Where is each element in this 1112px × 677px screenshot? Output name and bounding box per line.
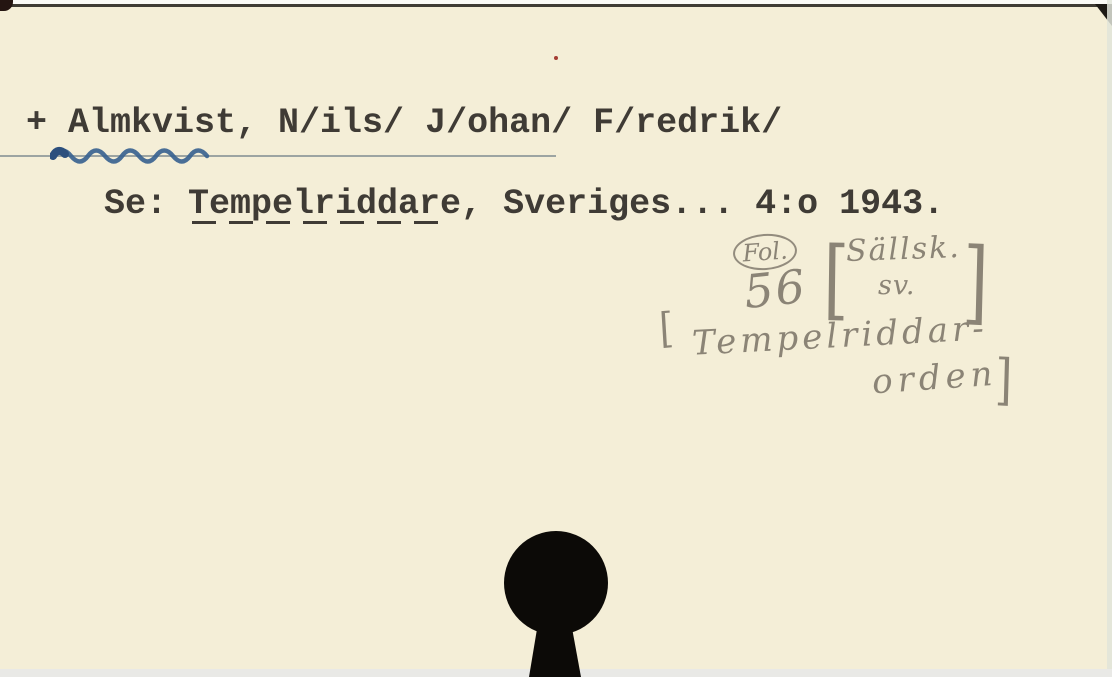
annotation-subject-line1: Tempelriddar-: [691, 308, 989, 363]
annotation-shelf-number: 56: [741, 259, 809, 319]
annotation-society-line2: sv.: [878, 270, 916, 301]
top-edge-line: [0, 4, 1112, 7]
corner-stain-top-left: [0, 0, 13, 11]
wavy-underline-icon: [50, 141, 212, 165]
right-scan-strip: [1107, 0, 1112, 677]
catalog-card-scan: + Almkvist, N/ils/ J/ohan/ F/redrik/ Se:…: [0, 0, 1112, 677]
reference-line: Se: Tempelriddare, Sveriges... 4:o 1943.: [104, 185, 944, 223]
annotation-subject-line2: orden: [871, 354, 999, 403]
heading-line: + Almkvist, N/ils/ J/ohan/ F/redrik/: [26, 104, 782, 142]
annotation-subject-bracket-open: [: [658, 305, 675, 353]
reference-dashed-underline: [192, 221, 442, 224]
keyhole-punch-icon: [495, 525, 620, 677]
red-ink-speck: [554, 56, 558, 60]
annotation-society-line1: Sällsk.: [845, 230, 961, 269]
annotation-subject-bracket-close: ]: [994, 348, 1013, 412]
